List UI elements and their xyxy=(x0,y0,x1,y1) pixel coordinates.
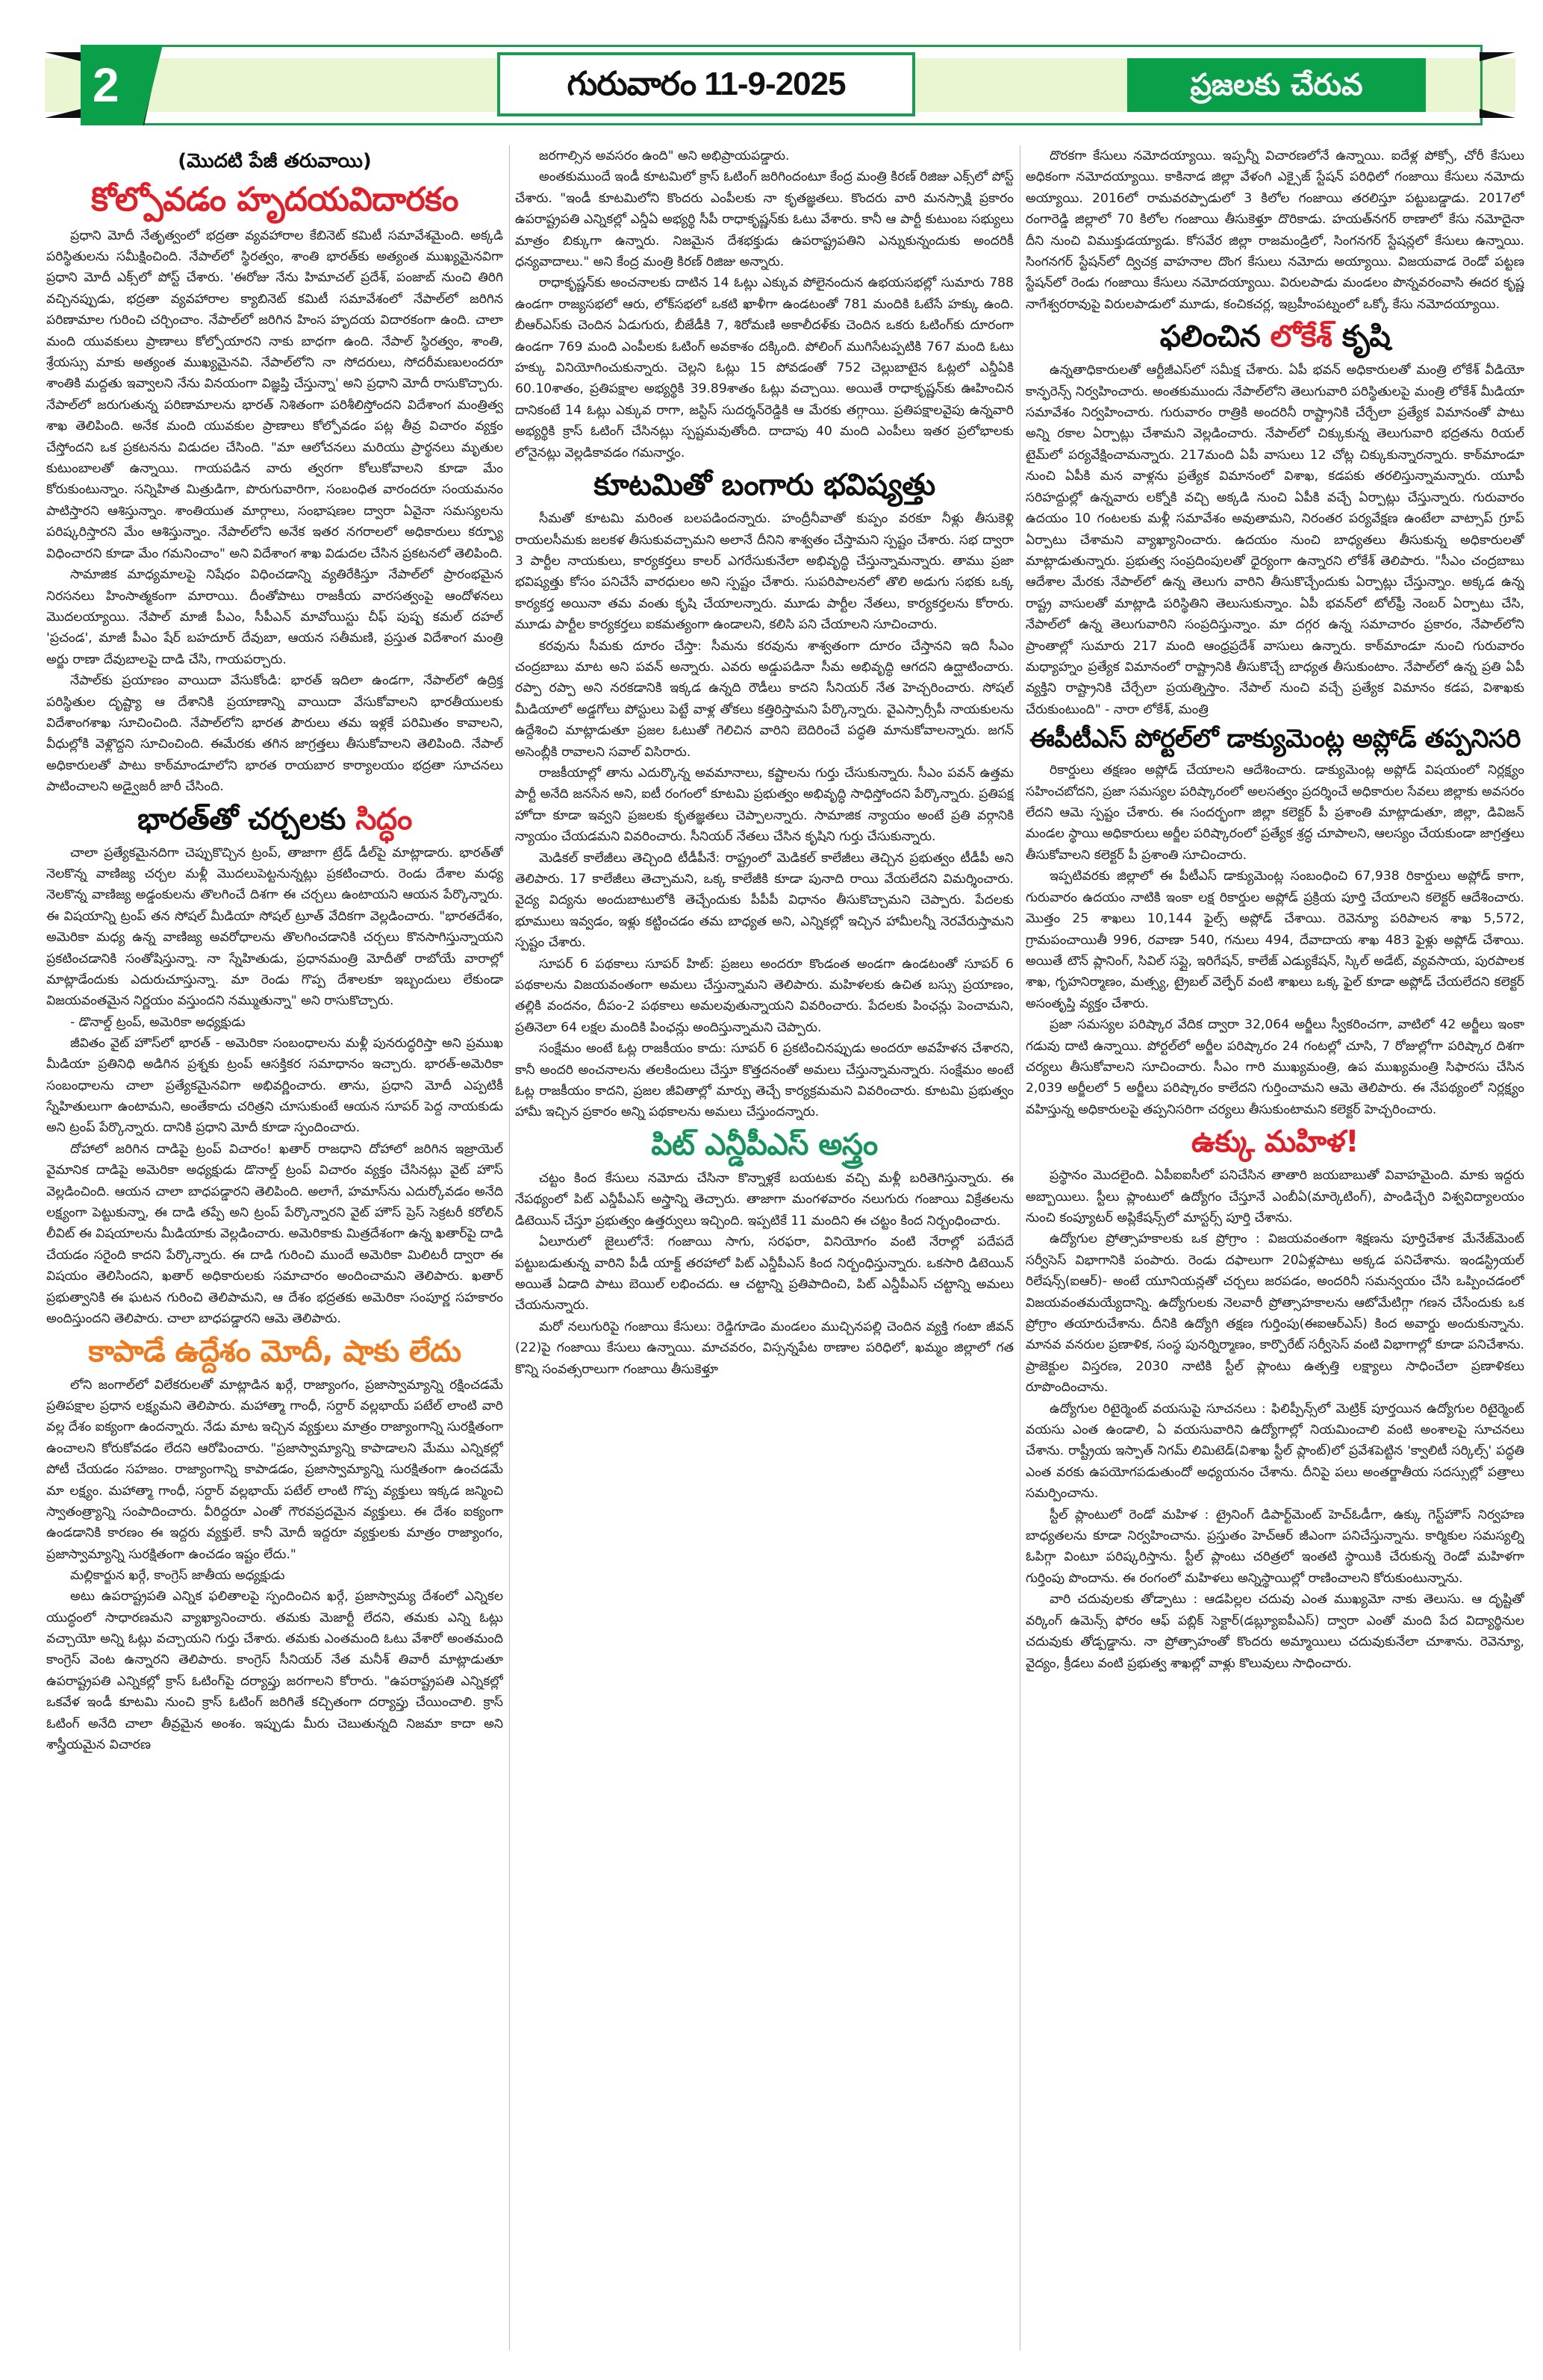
article-paragraph: చాలా ప్రత్యేకమైనదిగా చెప్పుకొచ్చిన ట్రంప… xyxy=(46,843,503,1012)
article-paragraph: ఉన్నతాధికారులతో ఆర్టీజీఎస్‌లో సమీక్ష చేశ… xyxy=(1026,360,1524,720)
article-paragraph: సీమతో కూటమి మరింత బలపడిందన్నారు. హంద్రీన… xyxy=(515,508,1014,635)
masthead-corner-decoration xyxy=(45,109,81,118)
article-headline: ఈపీటీఎస్ పోర్టల్‌లో డాక్యుమెంట్ల అప్లోడ్… xyxy=(1026,725,1524,754)
quote-attribution: - డొనాల్డ్ ట్రంప్, అమెరికా అధ్యక్షుడు xyxy=(46,1012,503,1033)
masthead: 2 గురువారం 11-9-2025 ప్రజలకు చేరువ xyxy=(45,45,1515,125)
article-paragraph: వారి చదువులకు తోడ్పాటు : ఆడపిల్లల చదువు … xyxy=(1026,1589,1524,1674)
article-paragraph: రాజకీయాల్లో తాను ఎదుర్కొన్న అవమానాలు, కష… xyxy=(515,763,1014,848)
article-paragraph: ఏలూరులో జైలులోనే: గంజాయి సాగు, సరఫరా, వి… xyxy=(515,1231,1014,1317)
article-headline: కోల్పోవడం హృదయవిదారకం xyxy=(46,181,503,219)
article-paragraph: ప్రస్థానం మొదలైంది. ఏపీఐఐసీలో పనిచేసిన త… xyxy=(1026,1165,1524,1228)
article-headline: భారత్‌తో చర్చలకు సిద్ధం xyxy=(46,802,503,837)
article-paragraph: దొరకగా కేసులు నమోదయ్యాయి. ఇప్పన్నీ విచార… xyxy=(1026,146,1524,315)
headline-part: భారత్‌తో చర్చలకు xyxy=(137,802,355,837)
article-paragraph: ఉద్యోగుల ప్రోత్సాహకాలకు ఒక ప్రోగ్రాం : వ… xyxy=(1026,1228,1524,1398)
article-cross-voting: జరగాల్సిన అవసరం ఉంది" అని అభిప్రాయపడ్డార… xyxy=(515,146,1014,463)
article-headline: కాపాడే ఉద్దేశం మోదీ, షాకు లేదు xyxy=(46,1334,503,1369)
article-lokesh-effort: ఫలించిన లోకేశ్ కృషి ఉన్నతాధికారులతో ఆర్ట… xyxy=(1026,319,1524,720)
article-paragraph: ప్రధాని మోదీ నేతృత్వంలో భద్రతా వ్యవహారాల… xyxy=(46,225,503,565)
article-ganja-cases: దొరకగా కేసులు నమోదయ్యాయి. ఇప్పన్నీ విచార… xyxy=(1026,146,1524,315)
article-paragraph: ఇప్పటివరకు జిల్లాలో ఈ పీటీఎస్ డాక్యుమెంట… xyxy=(1026,866,1524,1014)
article-headline: పిట్ ఎన్డీపీఎస్ అస్త్రం xyxy=(515,1128,1014,1162)
masthead-corner-decoration xyxy=(1480,109,1515,118)
article-nepal-cabinet: (మొదటి పేజీ తరువాయి) కోల్పోవడం హృదయవిదార… xyxy=(46,150,503,798)
article-paragraph: కరవును సీమకు దూరం చేస్తా: సీమను కరవును శ… xyxy=(515,636,1014,763)
article-paragraph: జరగాల్సిన అవసరం ఉంది" అని అభిప్రాయపడ్డార… xyxy=(515,146,1014,166)
article-paragraph: అంతకుముందే ఇండీ కూటమిలో క్రాస్ ఓటింగ్ జర… xyxy=(515,166,1014,272)
article-paragraph: చట్టం కింద కేసులు నమోదు చేసినా కొన్నాళ్ల… xyxy=(515,1168,1014,1231)
article-paragraph: సంక్షేమం అంటే ఓట్ల రాజకీయం కాదు: సూపర్ 6… xyxy=(515,1038,1014,1123)
article-paragraph: అటు ఉపరాష్ట్రపతి ఎన్నిక ఫలితాలపై స్పందిం… xyxy=(46,1586,503,1755)
headline-part-highlight: సిద్ధం xyxy=(355,802,412,837)
headline-part: ఫలించిన xyxy=(1160,319,1271,354)
quote-attribution: మల్లికార్జున ఖర్గే, కాంగ్రెస్ జాతీయ అధ్య… xyxy=(46,1565,503,1586)
article-paragraph: నేపాల్‌కు ప్రయాణం వాయిదా వేసుకోండి: భారత… xyxy=(46,670,503,797)
article-kutami-future: కూటమితో బంగారు భవిష్యత్తు సీమతో కూటమి మర… xyxy=(515,468,1014,1123)
column-1: (మొదటి పేజీ తరువాయి) కోల్పోవడం హృదయవిదార… xyxy=(46,146,503,2350)
column-divider xyxy=(509,146,510,2350)
section-title: ప్రజలకు చేరువ xyxy=(1127,58,1426,112)
article-paragraph: ఉద్యోగుల రిటైర్మెంట్ వయసుపై సూచనలు : ఫిల… xyxy=(1026,1399,1524,1505)
article-paragraph: సూపర్ 6 పథకాలు సూపర్ హిట్: ప్రజలు అందరూ … xyxy=(515,954,1014,1039)
headline-part: కృషి xyxy=(1332,319,1390,354)
column-2: జరగాల్సిన అవసరం ఉంది" అని అభిప్రాయపడ్డార… xyxy=(515,146,1014,2350)
article-headline: కూటమితో బంగారు భవిష్యత్తు xyxy=(515,468,1014,502)
article-paragraph: రికార్డులు తక్షణం అప్లోడ్ చేయాలని ఆదేశిం… xyxy=(1026,760,1524,866)
headline-part-highlight: లోకేశ్ xyxy=(1271,319,1332,354)
article-trump-talks: భారత్‌తో చర్చలకు సిద్ధం చాలా ప్రత్యేకమైన… xyxy=(46,802,503,1330)
article-paragraph: ప్రజా సమస్యల పరిష్కార వేదిక ద్వారా 32,06… xyxy=(1026,1014,1524,1120)
article-epts-portal: ఈపీటీఎస్ పోర్టల్‌లో డాక్యుమెంట్ల అప్లోడ్… xyxy=(1026,725,1524,1120)
article-paragraph: మరో నలుగురిపై గంజాయి కేసులు: రెడ్డిగూడెం… xyxy=(515,1317,1014,1380)
masthead-corner-decoration xyxy=(1480,52,1515,61)
article-paragraph: మెడికల్ కాలేజీలు తెచ్చింది టీడీపీనే: రాష… xyxy=(515,848,1014,954)
column-3: దొరకగా కేసులు నమోదయ్యాయి. ఇప్పన్నీ విచార… xyxy=(1026,146,1524,2350)
issue-date: గురువారం 11-9-2025 xyxy=(497,52,915,116)
article-paragraph: సామాజిక మాధ్యమాలపై నిషేధం విధించడాన్ని వ… xyxy=(46,564,503,670)
column-divider xyxy=(1020,146,1020,2350)
article-pit-ndps: పిట్ ఎన్డీపీఎస్ అస్త్రం చట్టం కింద కేసుల… xyxy=(515,1128,1014,1380)
article-paragraph: స్టీల్ ప్లాంటులో రెండో మహిళ : ట్రైనింగ్ … xyxy=(1026,1505,1524,1590)
article-paragraph: దోహాలో జరిగిన దాడిపై ట్రంప్ విచారం! ఖతార… xyxy=(46,1139,503,1330)
article-headline: ఫలించిన లోకేశ్ కృషి xyxy=(1026,319,1524,354)
article-steel-woman: ఉక్కు మహిళ! ప్రస్థానం మొదలైంది. ఏపీఐఐసీల… xyxy=(1026,1125,1524,1674)
article-paragraph: లోని జంగాల్‌లో విలేకరులతో మాట్లాడిన ఖర్గ… xyxy=(46,1375,503,1566)
article-paragraph: జీవితం వైట్ హౌస్‌లో భారత్ - అమెరికా సంబం… xyxy=(46,1033,503,1139)
article-paragraph: రాధాకృష్ణన్‌కు అంచనాలకు దాటిన 14 ఓట్లు ఎ… xyxy=(515,272,1014,463)
article-kharge: కాపాడే ఉద్దేశం మోదీ, షాకు లేదు లోని జంగా… xyxy=(46,1334,503,1756)
continued-from-front-kicker: (మొదటి పేజీ తరువాయి) xyxy=(46,150,503,177)
masthead-corner-decoration xyxy=(45,52,81,61)
article-headline: ఉక్కు మహిళ! xyxy=(1026,1125,1524,1159)
